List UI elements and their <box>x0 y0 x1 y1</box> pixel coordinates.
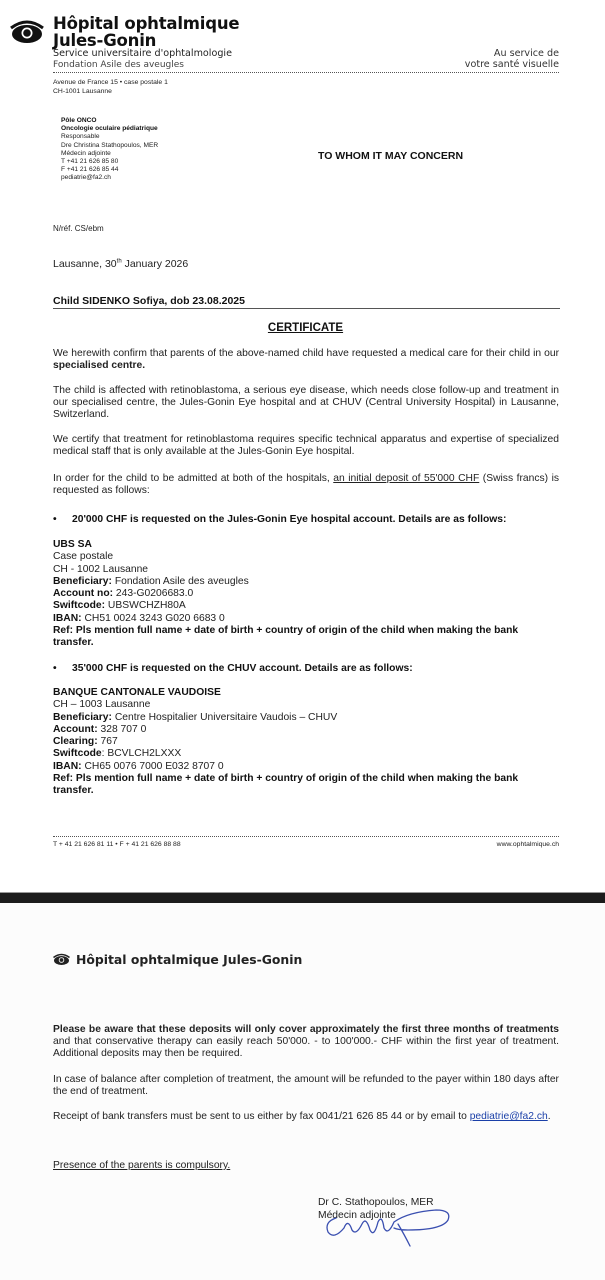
letter-date: Lausanne, 30th January 2026 <box>53 258 188 270</box>
hospital-name: Hôpital ophtalmique Jules-Gonin <box>53 15 239 49</box>
deposit-bullet-jules-gonin: •20'000 CHF is requested on the Jules-Go… <box>53 514 559 525</box>
paragraph-receipt: Receipt of bank transfers must be sent t… <box>53 1111 559 1123</box>
footer-contact: T + 41 21 626 81 11 • F + 41 21 626 88 8… <box>53 841 181 848</box>
sender-block: Pôle ONCO Oncologie oculaire pédiatrique… <box>61 117 158 183</box>
handwritten-signature <box>318 1200 458 1250</box>
letter-page-1: Hôpital ophtalmique Jules-Gonin Service … <box>0 0 605 892</box>
footer-divider <box>53 836 559 837</box>
bank-details-ubs: UBS SA Case postale CH - 1002 Lausanne B… <box>53 539 559 650</box>
deposit-bullet-chuv: •35'000 CHF is requested on the CHUV acc… <box>53 663 559 674</box>
eye-logo-icon <box>10 19 44 45</box>
paragraph-certification: We certify that treatment for retinoblas… <box>53 434 559 458</box>
bank-details-bcv: BANQUE CANTONALE VAUDOISE CH – 1003 Laus… <box>53 687 559 798</box>
footer-website: www.ophtalmique.ch <box>497 841 559 848</box>
tagline: Au service de votre santé visuelle <box>465 48 559 70</box>
paragraph-deposit: In order for the child to be admitted at… <box>53 473 559 497</box>
foundation-name: Fondation Asile des aveugles <box>53 60 184 70</box>
sender-email: pediatrie@fa2.ch <box>61 174 158 182</box>
service-subtitle: Service universitaire d'ophtalmologie <box>53 48 232 59</box>
reference: N/réf. CS/ebm <box>53 224 104 233</box>
paragraph-confirmation: We herewith confirm that parents of the … <box>53 348 559 372</box>
certificate-heading: CERTIFICATE <box>0 322 605 334</box>
hospital-address: Avenue de France 15 • case postale 1 CH-… <box>53 78 168 96</box>
email-link[interactable]: pediatrie@fa2.ch <box>470 1111 548 1122</box>
paragraph-deposit-coverage: Please be aware that these deposits will… <box>53 1024 559 1061</box>
header-divider <box>53 72 559 73</box>
paragraph-diagnosis: The child is affected with retinoblastom… <box>53 385 559 422</box>
subject-line: Child SIDENKO Sofiya, dob 23.08.2025 <box>53 295 560 309</box>
presence-notice: Presence of the parents is compulsory. <box>53 1160 230 1171</box>
recipient: TO WHOM IT MAY CONCERN <box>318 150 463 162</box>
eye-logo-icon <box>53 953 70 966</box>
paragraph-refund: In case of balance after completion of t… <box>53 1074 559 1098</box>
page2-header-title: Hôpital ophtalmique Jules-Gonin <box>76 952 302 967</box>
